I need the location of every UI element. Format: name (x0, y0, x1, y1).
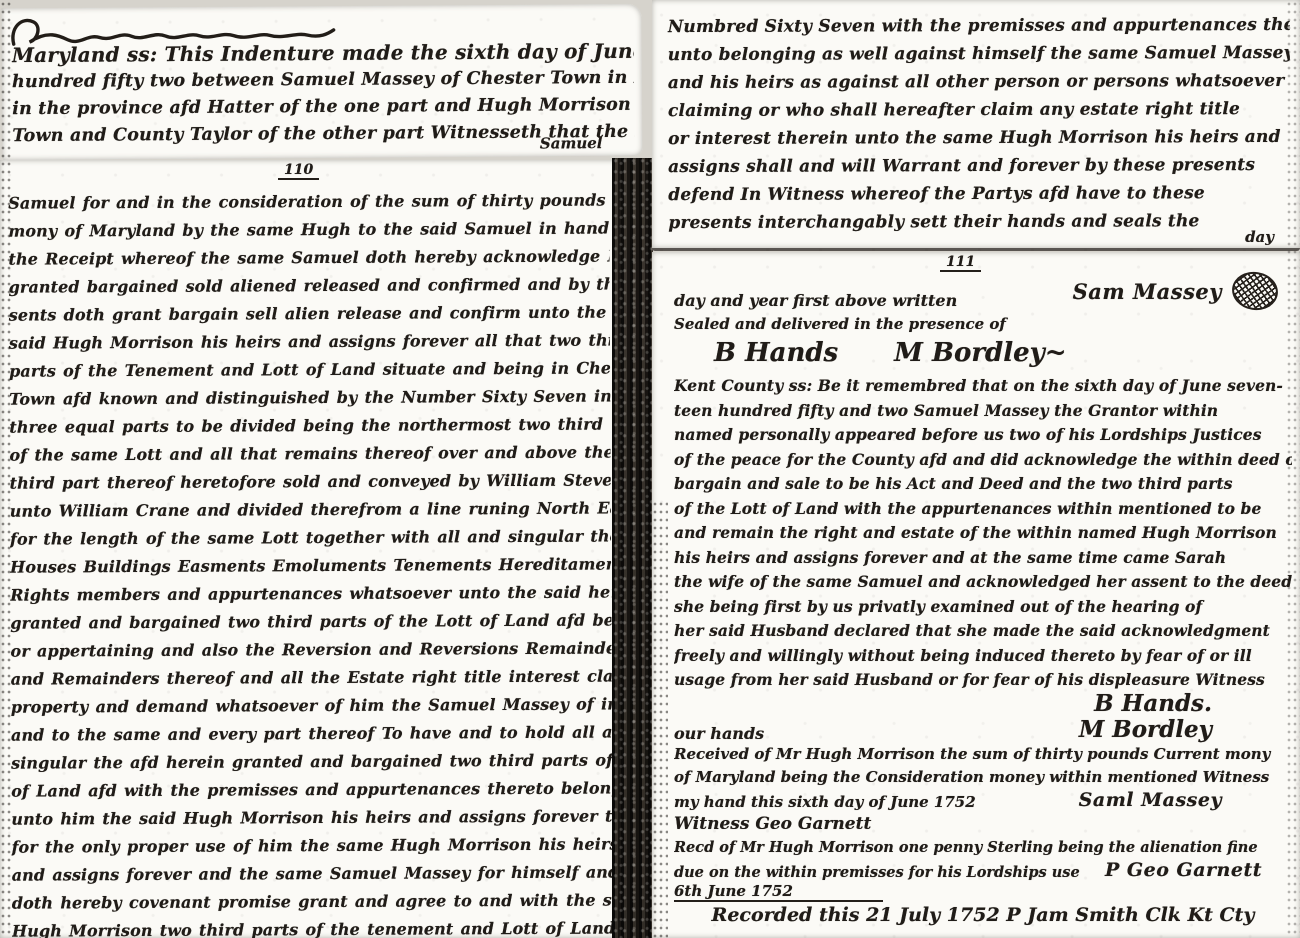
right-page-bottom-block: 111 day and year first above written Sam… (652, 252, 1300, 938)
manuscript-line: property and demand whatsoever of him th… (11, 690, 612, 721)
manuscript-line: parts of the Tenement and Lott of Land s… (9, 354, 610, 385)
manuscript-line: or appertaining and also the Reversion a… (10, 634, 611, 665)
manuscript-line: Kent County ss: Be it remembred that on … (674, 374, 1292, 399)
scan-edge-noise-right-page (652, 500, 668, 938)
manuscript-line: Samuel for and in the consideration of t… (8, 186, 609, 217)
manuscript-line: of the same Lott and all that remains th… (9, 438, 610, 469)
manuscript-line: said Hugh Morrison his heirs and assigns… (9, 326, 610, 357)
attestation-row: day and year first above written Sam Mas… (674, 272, 1292, 310)
grantor-signature-group: Sam Massey (1073, 272, 1278, 310)
deed-body-lines: Samuel for and in the consideration of t… (0, 158, 647, 938)
alienation-fine-lines: Recd of Mr Hugh Morrison one penny Sterl… (674, 837, 1292, 859)
receipt-date-line: my hand this sixth day of June 1752 (674, 793, 976, 811)
alienation-date: 6th June 1752 (674, 882, 883, 902)
signature-hands-2: B Hands. (1079, 691, 1212, 717)
signature-bordley: M Bordley~ (894, 338, 1066, 368)
manuscript-line: mony of Maryland by the same Hugh to the… (8, 214, 609, 245)
left-page-header-block: Maryland ss: This Indenture made the six… (1, 4, 642, 160)
manuscript-line: third part thereof heretofore sold and c… (10, 466, 611, 497)
manuscript-line: doth hereby covenant promise grant and a… (12, 886, 613, 917)
manuscript-line: three equal parts to be divided being th… (9, 410, 610, 441)
signature-saml-massey: Saml Massey (1079, 789, 1222, 811)
manuscript-line: bargain and sale to be his Act and Deed … (674, 472, 1292, 497)
manuscript-line: and his heirs as against all other perso… (668, 67, 1290, 97)
manuscript-line: the Receipt whereof the same Samuel doth… (8, 242, 609, 273)
manuscript-line: she being first by us privatly examined … (674, 595, 1292, 620)
manuscript-line: granted bargained sold aliened released … (9, 270, 610, 301)
catchword-day: day (1245, 228, 1274, 246)
justice-signatures-block: B Hands. M Bordley (1079, 691, 1212, 743)
ink-flourish-scribble (7, 8, 337, 54)
acknowledgment-lines: Kent County ss: Be it remembred that on … (674, 374, 1292, 693)
manuscript-line: Houses Buildings Easments Emoluments Ten… (10, 550, 611, 581)
wax-seal-icon (1229, 269, 1280, 314)
witness-garnett-line: Witness Geo Garnett (674, 811, 1292, 837)
manuscript-line: and remain the right and estate of the w… (674, 521, 1292, 546)
signature-bordley-2: M Bordley (1079, 717, 1212, 743)
manuscript-line: Hugh Morrison two third parts of the ten… (12, 914, 613, 938)
manuscript-line: of Land afd with the premisses and appur… (11, 774, 612, 805)
manuscript-line: Numbred Sixty Seven with the premisses a… (668, 11, 1290, 41)
manuscript-line: and assigns forever and the same Samuel … (12, 858, 613, 889)
recorded-line: Recorded this 21 July 1752 P Jam Smith C… (674, 904, 1292, 926)
catchword-samuel: Samuel (540, 134, 603, 152)
witness-signatures-row: B Hands M Bordley~ (674, 338, 1292, 368)
page-number-111: 111 (940, 254, 981, 272)
manuscript-line: Rights members and appurtenances whatsoe… (10, 578, 611, 609)
manuscript-line: or interest therein unto the same Hugh M… (668, 123, 1290, 153)
signature-sam-massey: Sam Massey (1073, 279, 1222, 304)
manuscript-line: his heirs and assigns forever and at the… (674, 546, 1292, 571)
manuscript-line: for the only proper use of him the same … (11, 830, 612, 861)
alienation-line-2: due on the within premisses for his Lord… (674, 864, 1080, 881)
manuscript-line: her said Husband declared that she made … (674, 619, 1292, 644)
manuscript-line: assigns shall and will Warrant and forev… (668, 151, 1290, 181)
attestation-line: day and year first above written (674, 291, 957, 310)
manuscript-line: sents doth grant bargain sell alien rele… (9, 298, 610, 329)
manuscript-line: usage from her said Husband or for fear … (674, 668, 1292, 693)
right-page-top-block: Numbred Sixty Seven with the premisses a… (652, 0, 1300, 251)
manuscript-line: presents interchangably sett their hands… (668, 207, 1290, 237)
alienation-signature-row: due on the within premisses for his Lord… (674, 859, 1292, 881)
manuscript-line: unto him the said Hugh Morrison his heir… (11, 802, 612, 833)
deed-book-scan: Maryland ss: This Indenture made the six… (0, 0, 1300, 938)
manuscript-line: named personally appeared before us two … (674, 423, 1292, 448)
warranty-clause-lines: Numbred Sixty Seven with the premisses a… (652, 0, 1300, 237)
manuscript-line: teen hundred fifty and two Samuel Massey… (674, 399, 1292, 424)
our-hands-text: our hands (674, 724, 764, 743)
manuscript-line: of the Lott of Land with the appurtenanc… (674, 497, 1292, 522)
manuscript-line: claiming or who shall hereafter claim an… (668, 95, 1290, 125)
alienation-date-row: 6th June 1752 (674, 881, 1292, 902)
book-binding-gutter (612, 158, 653, 938)
signature-hands: B Hands (714, 338, 838, 368)
manuscript-line: unto belonging as well against himself t… (668, 39, 1290, 69)
our-hands-row: our hands B Hands. M Bordley (674, 691, 1292, 743)
left-page-body-block: 110 Samuel for and in the consideration … (0, 160, 645, 938)
manuscript-line: and to the same and every part thereof T… (11, 718, 612, 749)
manuscript-line: of Maryland being the Consideration mone… (674, 766, 1292, 789)
signature-geo-garnett: P Geo Garnett (1105, 859, 1262, 881)
manuscript-line: Town afd known and distinguished by the … (9, 382, 610, 413)
manuscript-line: the wife of the same Samuel and acknowle… (674, 570, 1292, 595)
receipt-lines: Received of Mr Hugh Morrison the sum of … (674, 743, 1292, 789)
receipt-date-row: my hand this sixth day of June 1752 Saml… (674, 789, 1292, 811)
manuscript-line: in the province afd Hatter of the one pa… (12, 92, 634, 123)
manuscript-line: hundred fifty two between Samuel Massey … (12, 65, 634, 96)
sealed-delivered-line: Sealed and delivered in the presence of (674, 312, 1292, 336)
manuscript-line: unto William Crane and divided therefrom… (10, 494, 611, 525)
manuscript-line: defend In Witness whereof the Partys afd… (668, 179, 1290, 209)
manuscript-line: Recd of Mr Hugh Morrison one penny Sterl… (674, 837, 1292, 859)
manuscript-line: freely and willingly without being induc… (674, 644, 1292, 669)
manuscript-line: and Remainders thereof and all the Estat… (11, 662, 612, 693)
scan-edge-noise-far-right (1286, 0, 1300, 938)
manuscript-line: of the peace for the County afd and did … (674, 448, 1292, 473)
manuscript-line: granted and bargained two third parts of… (10, 606, 611, 637)
scan-edge-noise-left (0, 0, 12, 938)
manuscript-line: singular the afd herein granted and barg… (11, 746, 612, 777)
manuscript-line: Received of Mr Hugh Morrison the sum of … (674, 743, 1292, 766)
manuscript-line: for the length of the same Lott together… (10, 522, 611, 553)
